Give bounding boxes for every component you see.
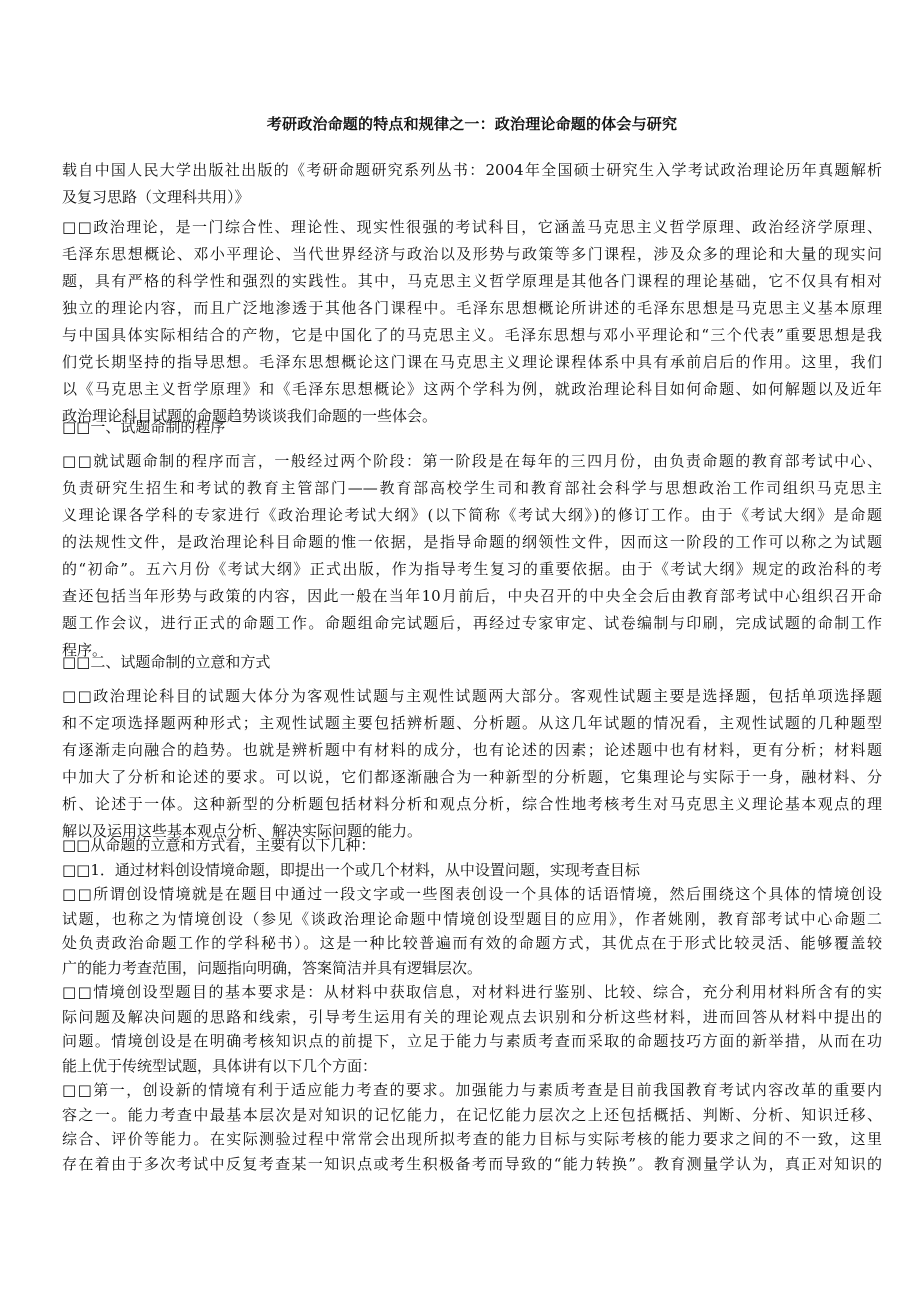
heading-line: □□一、试题命制的程序 bbox=[62, 414, 882, 441]
text-line: 综合、评价等能力。在实际测验过程中常常会出现所拟考查的能力目标与实际考核的能力要… bbox=[62, 1127, 882, 1152]
text-line: □□就试题命制的程序而言，一般经过两个阶段：第一阶段是在每年的三四月份，由负责命… bbox=[62, 448, 882, 475]
text-line: 负责研究生招生和考试的教育主管部门——教育部高校学生司和教育部社会科学与思想政治… bbox=[62, 475, 882, 502]
text-line: 广的能力考查范围，问题指向明确，答案简洁并具有逻辑层次。 bbox=[62, 956, 882, 981]
text-line: □□情境创设型题目的基本要求是：从材料中获取信息，对材料进行鉴别、比较、综合，充… bbox=[62, 980, 882, 1005]
text-line: 毛泽东思想概论、邓小平理论、当代世界经济与政治以及形势与政策等多门课程，涉及众多… bbox=[62, 241, 882, 268]
text-line: 题工作会议，进行正式的命题工作。命题组命完试题后，再经过专家审定、试卷编制与印刷… bbox=[62, 610, 882, 637]
text-line: 和不定项选择题两种形式；主观性试题主要包括辨析题、分析题。从这几年试题的情况看，… bbox=[62, 710, 882, 737]
methods-block: □□从命题的立意和方式看，主要有以下几种： □□1．通过材料创设情境命题，即提出… bbox=[62, 833, 882, 1176]
text-line: □□政治理论科目的试题大体分为客观性试题与主观性试题两大部分。客观性试题主要是选… bbox=[62, 683, 882, 710]
text-line: 际问题及解决问题的思路和线索，引导考生运用有关的理论观点去识别和分析这些材料，进… bbox=[62, 1005, 882, 1030]
text-line: 能上优于传统型试题，具体讲有以下几个方面： bbox=[62, 1054, 882, 1079]
text-line: 试题，也称之为情境创设（参见《谈政治理论命题中情境创设型题目的应用》，作者姚刚，… bbox=[62, 907, 882, 932]
text-line: □□第一，创设新的情境有利于适应能力考查的要求。加强能力与素质考查是目前我国教育… bbox=[62, 1078, 882, 1103]
text-line: 处负责政治命题工作的学科秘书）。这是一种比较普遍而有效的命题方式，其优点在于形式… bbox=[62, 931, 882, 956]
section-1-paragraph: □□就试题命制的程序而言，一般经过两个阶段：第一阶段是在每年的三四月份，由负责命… bbox=[62, 448, 882, 664]
text-line: 以《马克思主义哲学原理》和《毛泽东思想概论》这两个学科为例，就政治理论科目如何命… bbox=[62, 376, 882, 403]
text-line: 与中国具体实际相结合的产物，它是中国化了的马克思主义。毛泽东思想与邓小平理论和“… bbox=[62, 322, 882, 349]
text-line: 中加大了分析和论述的要求。可以说，它们都逐渐融合为一种新型的分析题，它集理论与实… bbox=[62, 764, 882, 791]
text-line: 有逐渐走向融合的趋势。也就是辨析题中有材料的成分，也有论述的因素；论述题中也有材… bbox=[62, 737, 882, 764]
text-line: 题，具有严格的科学性和强烈的实践性。其中，马克思主义哲学原理是其他各门课程的理论… bbox=[62, 268, 882, 295]
text-line: □□政治理论，是一门综合性、理论性、现实性很强的考试科目，它涵盖马克思主义哲学原… bbox=[62, 214, 882, 241]
source-note: 载自中国人民大学出版社出版的《考研命题研究系列丛书：2004年全国硕士研究生入学… bbox=[62, 157, 882, 211]
text-line: 容之一。能力考查中最基本层次是对知识的记忆能力，在记忆能力层次之上还包括概括、判… bbox=[62, 1103, 882, 1128]
section-2-heading: □□二、试题命制的立意和方式 bbox=[62, 649, 882, 676]
text-line: □□所谓创设情境就是在题目中通过一段文字或一些图表创设一个具体的话语情境，然后围… bbox=[62, 882, 882, 907]
text-line: 存在着由于多次考试中反复考查某一知识点或考生积极备考而导致的“能力转换”。教育测… bbox=[62, 1152, 882, 1177]
intro-paragraph: □□政治理论，是一门综合性、理论性、现实性很强的考试科目，它涵盖马克思主义哲学原… bbox=[62, 214, 882, 430]
text-line: 及复习思路（文理科共用）》 bbox=[62, 184, 882, 211]
section-1-heading: □□一、试题命制的程序 bbox=[62, 414, 882, 441]
text-line: 们党长期坚持的指导思想。毛泽东思想概论这门课在马克思主义理论课程体系中具有承前启… bbox=[62, 349, 882, 376]
text-line: □□1．通过材料创设情境命题，即提出一个或几个材料，从中设置问题，实现考查目标 bbox=[62, 858, 882, 883]
text-line: 的法规性文件，是政治理论科目命题的惟一依据，是指导命题的纲领性文件，因而这一阶段… bbox=[62, 529, 882, 556]
section-2-paragraph: □□政治理论科目的试题大体分为客观性试题与主观性试题两大部分。客观性试题主要是选… bbox=[62, 683, 882, 845]
text-line: □□从命题的立意和方式看，主要有以下几种： bbox=[62, 833, 882, 858]
text-line: 独立的理论内容，而且广泛地渗透于其他各门课程中。毛泽东思想概论所讲述的毛泽东思想… bbox=[62, 295, 882, 322]
text-line: 的“初命”。五六月份《考试大纲》正式出版，作为指导考生复习的重要依据。由于《考试… bbox=[62, 556, 882, 583]
text-line: 载自中国人民大学出版社出版的《考研命题研究系列丛书：2004年全国硕士研究生入学… bbox=[62, 157, 882, 184]
text-line: 查还包括当年形势与政策的内容，因此一般在当年10月前后，中央召开的中央全会后由教… bbox=[62, 583, 882, 610]
heading-line: □□二、试题命制的立意和方式 bbox=[62, 649, 882, 676]
document-title: 考研政治命题的特点和规律之一：政治理论命题的体会与研究 bbox=[62, 113, 882, 134]
text-line: 析、论述于一体。这种新型的分析题包括材料分析和观点分析，综合性地考核考生对马克思… bbox=[62, 791, 882, 818]
text-line: 问题。情境创设是在明确考核知识点的前提下，立足于能力与素质考查而采取的命题技巧方… bbox=[62, 1029, 882, 1054]
text-line: 义理论课各学科的专家进行《政治理论考试大纲》(以下简称《考试大纲》)的修订工作。… bbox=[62, 502, 882, 529]
